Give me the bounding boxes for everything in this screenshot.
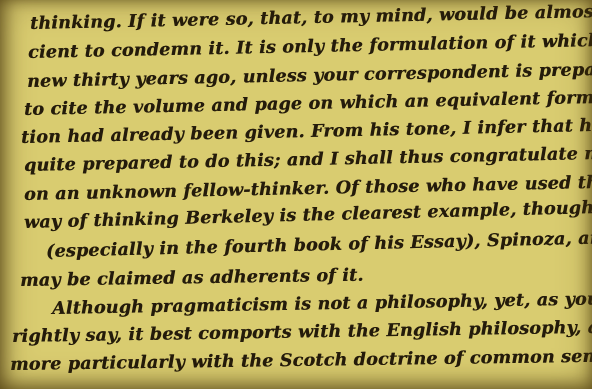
handwritten-line-1: thinking. If it were so, that, to my min… (30, 1, 592, 34)
manuscript-page: thinking. If it were so, that, to my min… (0, 0, 592, 389)
handwritten-line-10: may be claimed as adherents of it. (20, 266, 364, 291)
handwritten-line-2: cient to condemn it. It is only the form… (28, 30, 592, 63)
handwritten-line-9: (especially in the fourth book of his Es… (46, 227, 592, 262)
handwritten-line-4: to cite the volume and page on which an … (24, 87, 592, 120)
handwritten-line-11: Although pragmaticism is not a philosoph… (52, 289, 592, 319)
handwritten-line-5: tion had already been given. From his to… (21, 115, 592, 148)
handwritten-line-13: more particularly with the Scotch doctri… (10, 346, 592, 375)
handwritten-line-3: new thirty years ago, unless your corres… (27, 59, 592, 92)
handwritten-line-12: rightly say, it best comports with the E… (12, 317, 592, 347)
handwritten-line-6: quite prepared to do this; and I shall t… (24, 143, 592, 176)
